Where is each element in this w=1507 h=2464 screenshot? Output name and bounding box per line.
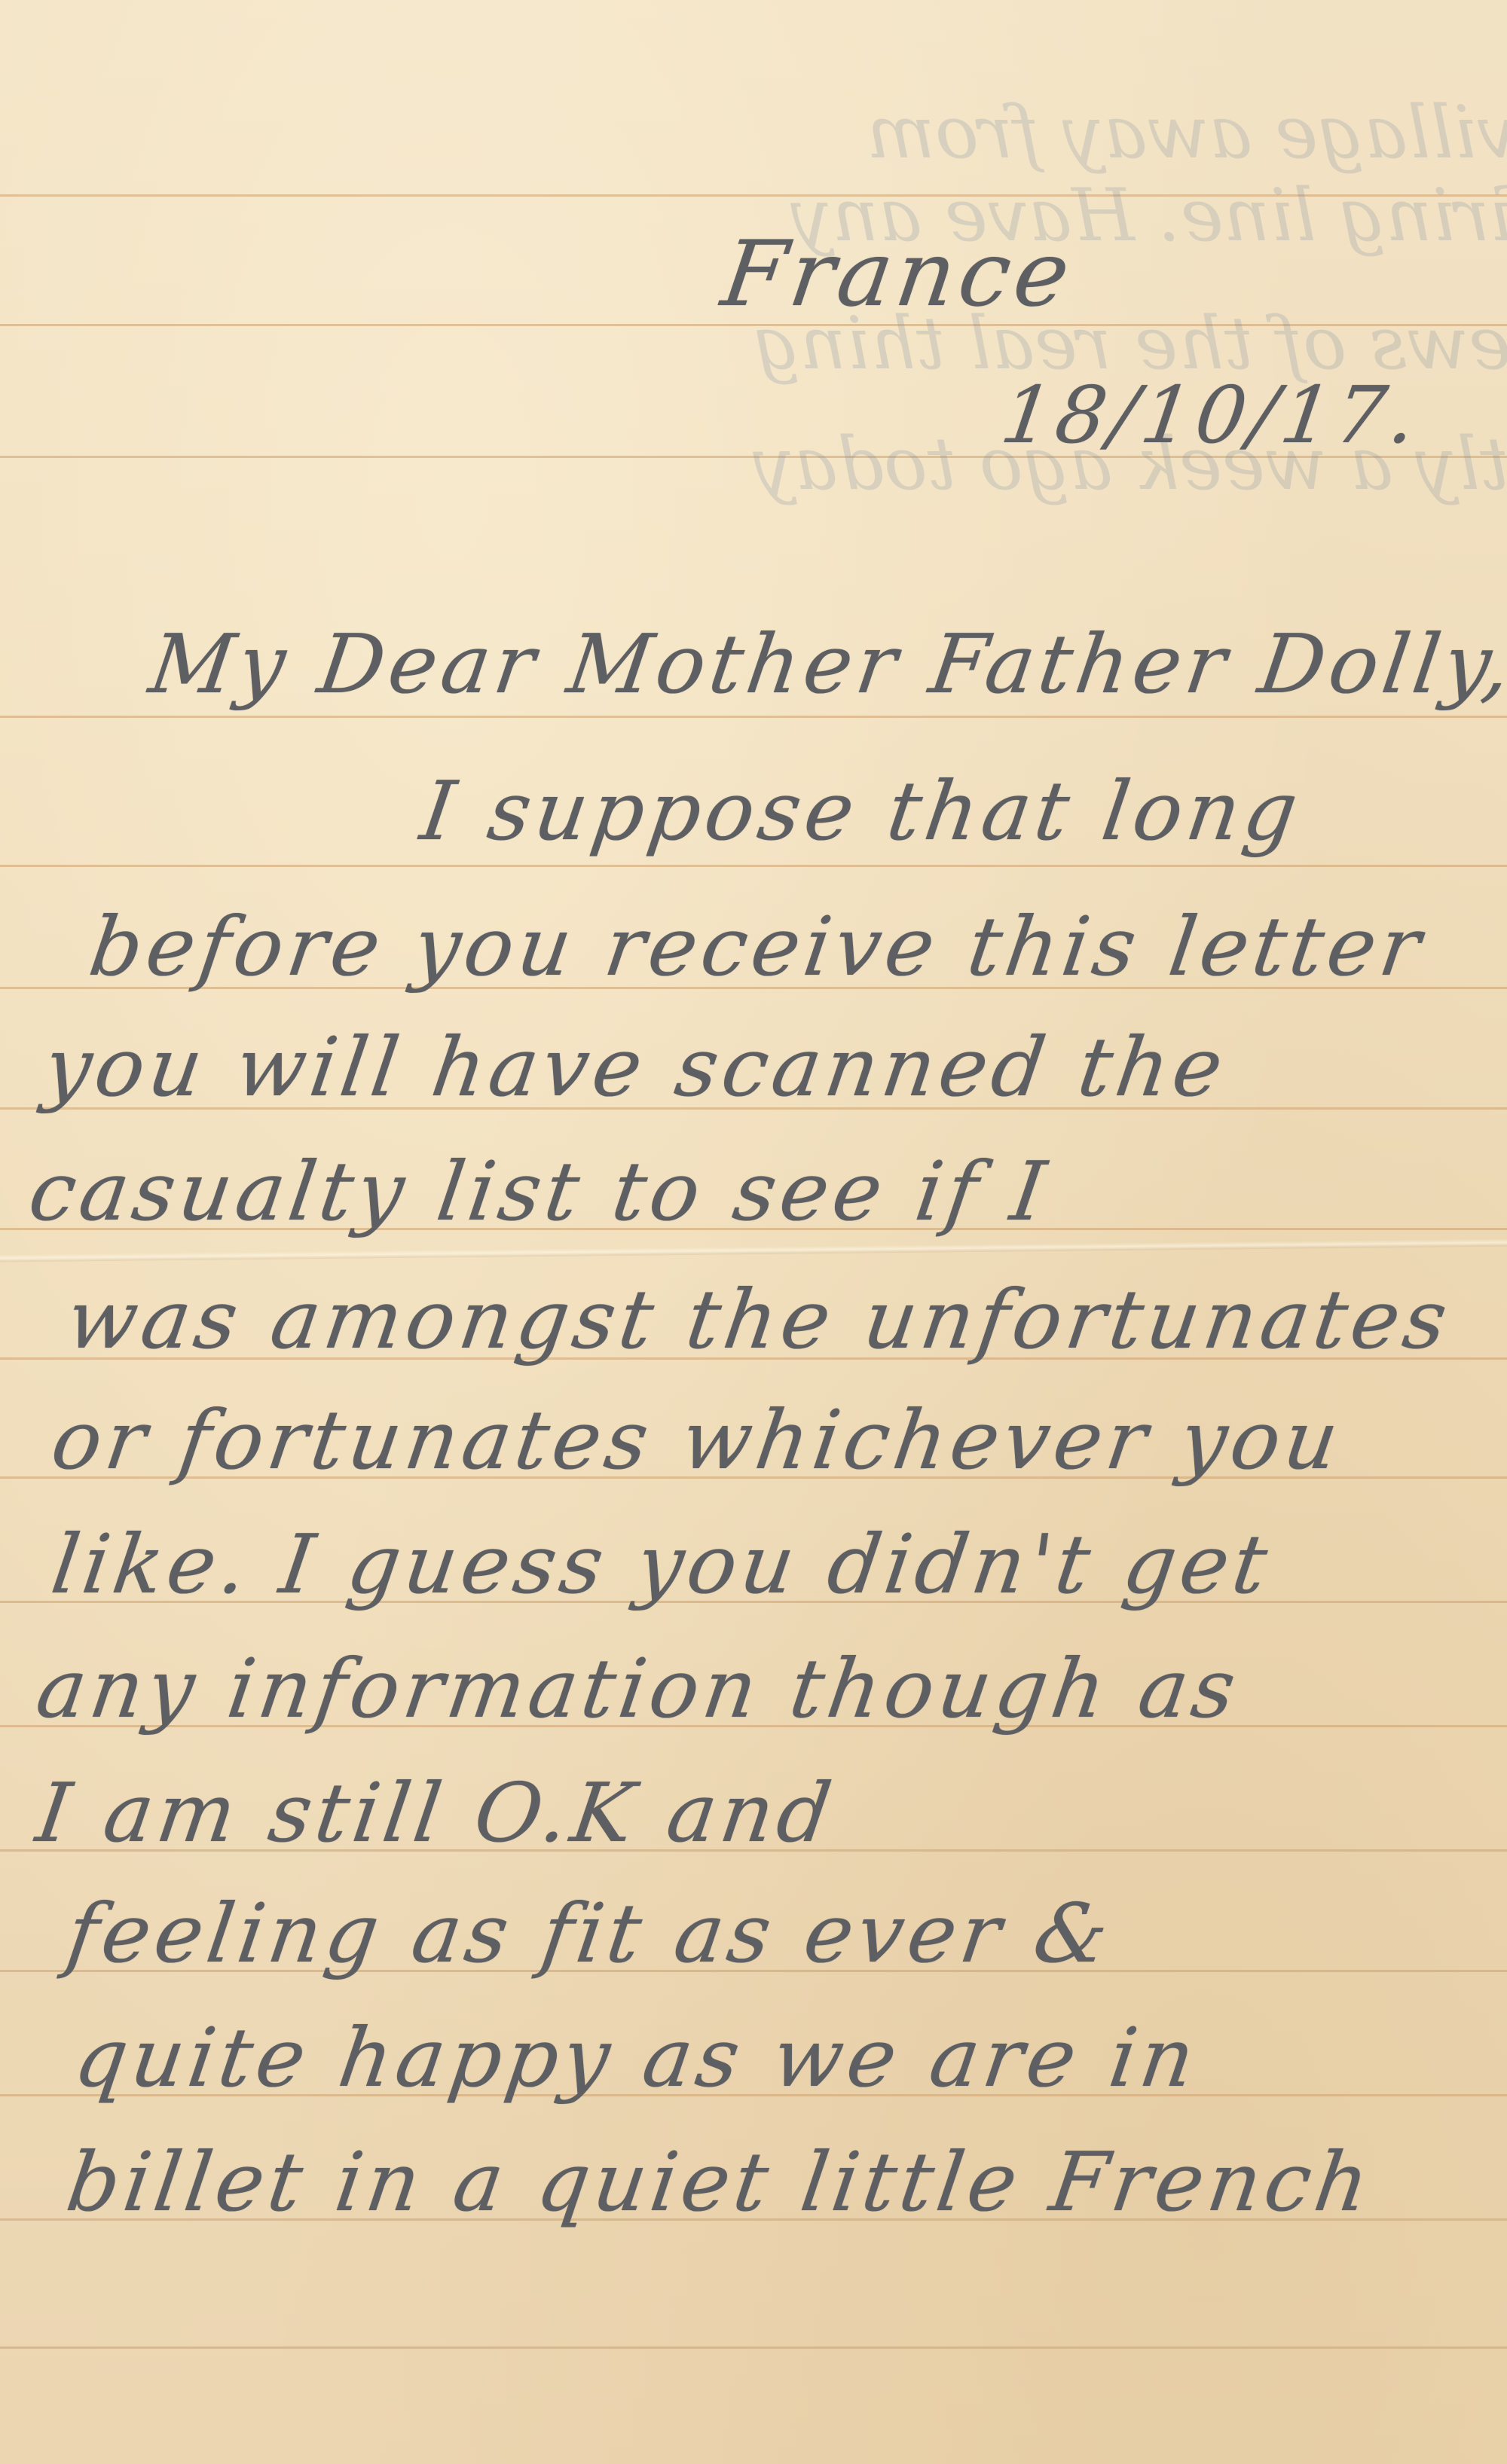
letter-date: 18/10/17. xyxy=(995,369,1426,461)
body-line: I suppose that long xyxy=(415,765,1307,859)
letter-place: France xyxy=(716,222,1080,327)
body-line: quite happy as we are in xyxy=(69,2011,1204,2105)
salutation: My Dear Mother Father Dolly, xyxy=(144,618,1507,712)
body-line: was amongst the unfortunates xyxy=(61,1273,1457,1367)
bleed-through-text: village away from xyxy=(867,90,1507,175)
body-line: you will have scanned the xyxy=(38,1021,1233,1115)
rule-line xyxy=(0,865,1507,867)
body-line: before you receive this letter xyxy=(84,900,1430,994)
body-line: like. I guess you didn't get xyxy=(46,1518,1277,1612)
body-line: feeling as fit as ever & xyxy=(61,1887,1118,1981)
body-line: billet in a quiet little French xyxy=(61,2136,1379,2230)
body-line: or fortunates whichever you xyxy=(46,1394,1348,1488)
rule-line xyxy=(0,716,1507,718)
body-line: casualty list to see if I xyxy=(23,1145,1055,1239)
letter-page: village away from the firing line. Have … xyxy=(0,0,1507,2464)
body-line: I am still O.K and xyxy=(31,1766,841,1861)
rule-line xyxy=(0,2346,1507,2349)
paper-fold-crease xyxy=(0,1239,1507,1263)
body-line: any information though as xyxy=(31,1642,1246,1736)
